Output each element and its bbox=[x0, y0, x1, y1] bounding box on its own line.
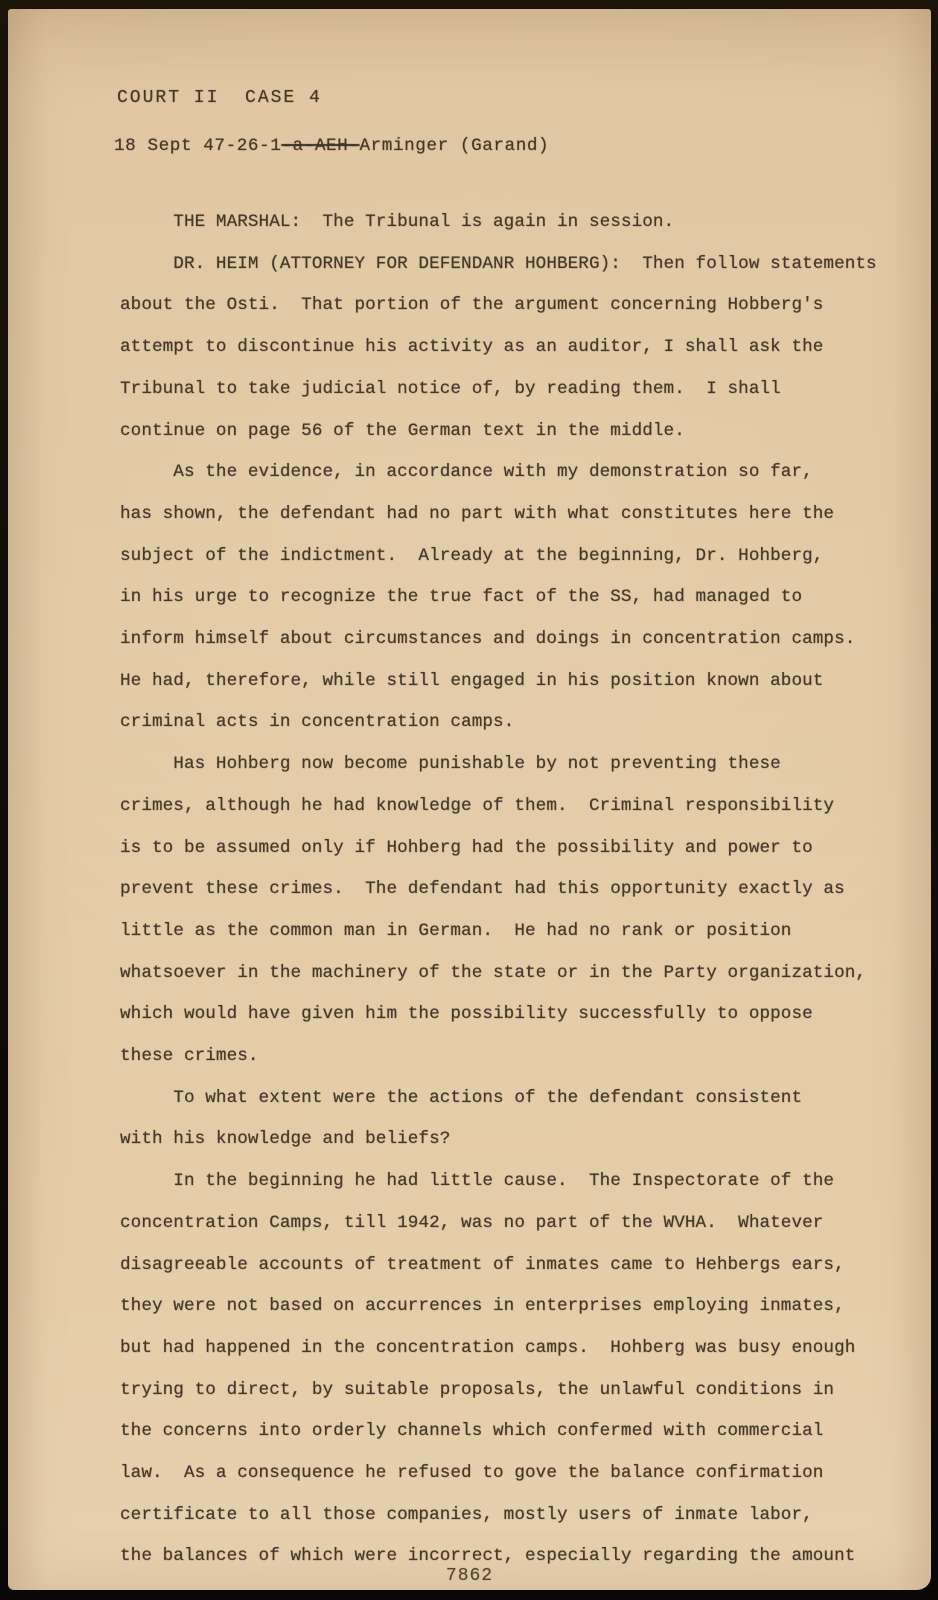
typed-line: DR. HEIM (ATTORNEY FOR DEFENDANR HOHBERG… bbox=[120, 244, 877, 286]
typed-line: As the evidence, in accordance with my d… bbox=[120, 452, 813, 494]
typed-line: To what extent were the actions of the d… bbox=[120, 1078, 802, 1120]
document-header-court-case: COURT II CASE 4 bbox=[117, 85, 322, 111]
header-date-pre: 18 Sept 47-26-1 bbox=[114, 136, 281, 156]
typed-line: concentration Camps, till 1942, was no p… bbox=[120, 1203, 823, 1245]
typed-line: which would have given him the possibili… bbox=[120, 994, 813, 1036]
typed-line: subject of the indictment. Already at th… bbox=[120, 536, 823, 578]
document-header-date-reference: 18 Sept 47-26-1-a-AEH-Arminger (Garand) bbox=[114, 133, 549, 159]
typed-line: disagreeable accounts of treatment of in… bbox=[120, 1245, 845, 1287]
typed-line: has shown, the defendant had no part wit… bbox=[120, 494, 834, 536]
typed-line: attempt to discontinue his activity as a… bbox=[120, 327, 823, 369]
typed-line: but had happened in the concentration ca… bbox=[120, 1328, 855, 1370]
typed-line: whatsoever in the machinery of the state… bbox=[120, 953, 866, 995]
typed-line: in his urge to recognize the true fact o… bbox=[120, 577, 802, 619]
typed-line: THE MARSHAL: The Tribunal is again in se… bbox=[120, 202, 674, 244]
page-number: 7862 bbox=[8, 1563, 931, 1589]
header-struck-segment: -a-AEH- bbox=[281, 136, 359, 156]
typed-line: little as the common man in German. He h… bbox=[120, 911, 791, 953]
typed-line: continue on page 56 of the German text i… bbox=[120, 411, 685, 453]
typed-line: the concerns into orderly channels which… bbox=[120, 1411, 823, 1453]
typed-line: Has Hohberg now become punishable by not… bbox=[120, 744, 781, 786]
typed-line: inform himself about circumstances and d… bbox=[120, 619, 855, 661]
typed-line: criminal acts in concentration camps. bbox=[120, 702, 514, 744]
typed-line: with his knowledge and beliefs? bbox=[120, 1119, 450, 1161]
typed-line: certificate to all those companies, most… bbox=[120, 1495, 813, 1537]
typed-line: about the Osti. That portion of the argu… bbox=[120, 285, 823, 327]
typed-line: Tribunal to take judicial notice of, by … bbox=[120, 369, 781, 411]
header-date-post: Arminger (Garand) bbox=[359, 136, 549, 156]
typed-line: In the beginning he had little cause. Th… bbox=[120, 1161, 834, 1203]
scanned-document-page: COURT II CASE 4 18 Sept 47-26-1-a-AEH-Ar… bbox=[8, 9, 931, 1590]
typed-line: law. As a consequence he refused to gove… bbox=[120, 1453, 823, 1495]
typed-line: is to be assumed only if Hohberg had the… bbox=[120, 828, 813, 870]
typed-line: He had, therefore, while still engaged i… bbox=[120, 661, 823, 703]
typed-line: they were not based on accurrences in en… bbox=[120, 1286, 845, 1328]
typed-line: these crimes. bbox=[120, 1036, 259, 1078]
typed-line: trying to direct, by suitable proposals,… bbox=[120, 1370, 834, 1412]
typed-line: crimes, although he had knowledge of the… bbox=[120, 786, 834, 828]
typed-line: prevent these crimes. The defendant had … bbox=[120, 869, 845, 911]
